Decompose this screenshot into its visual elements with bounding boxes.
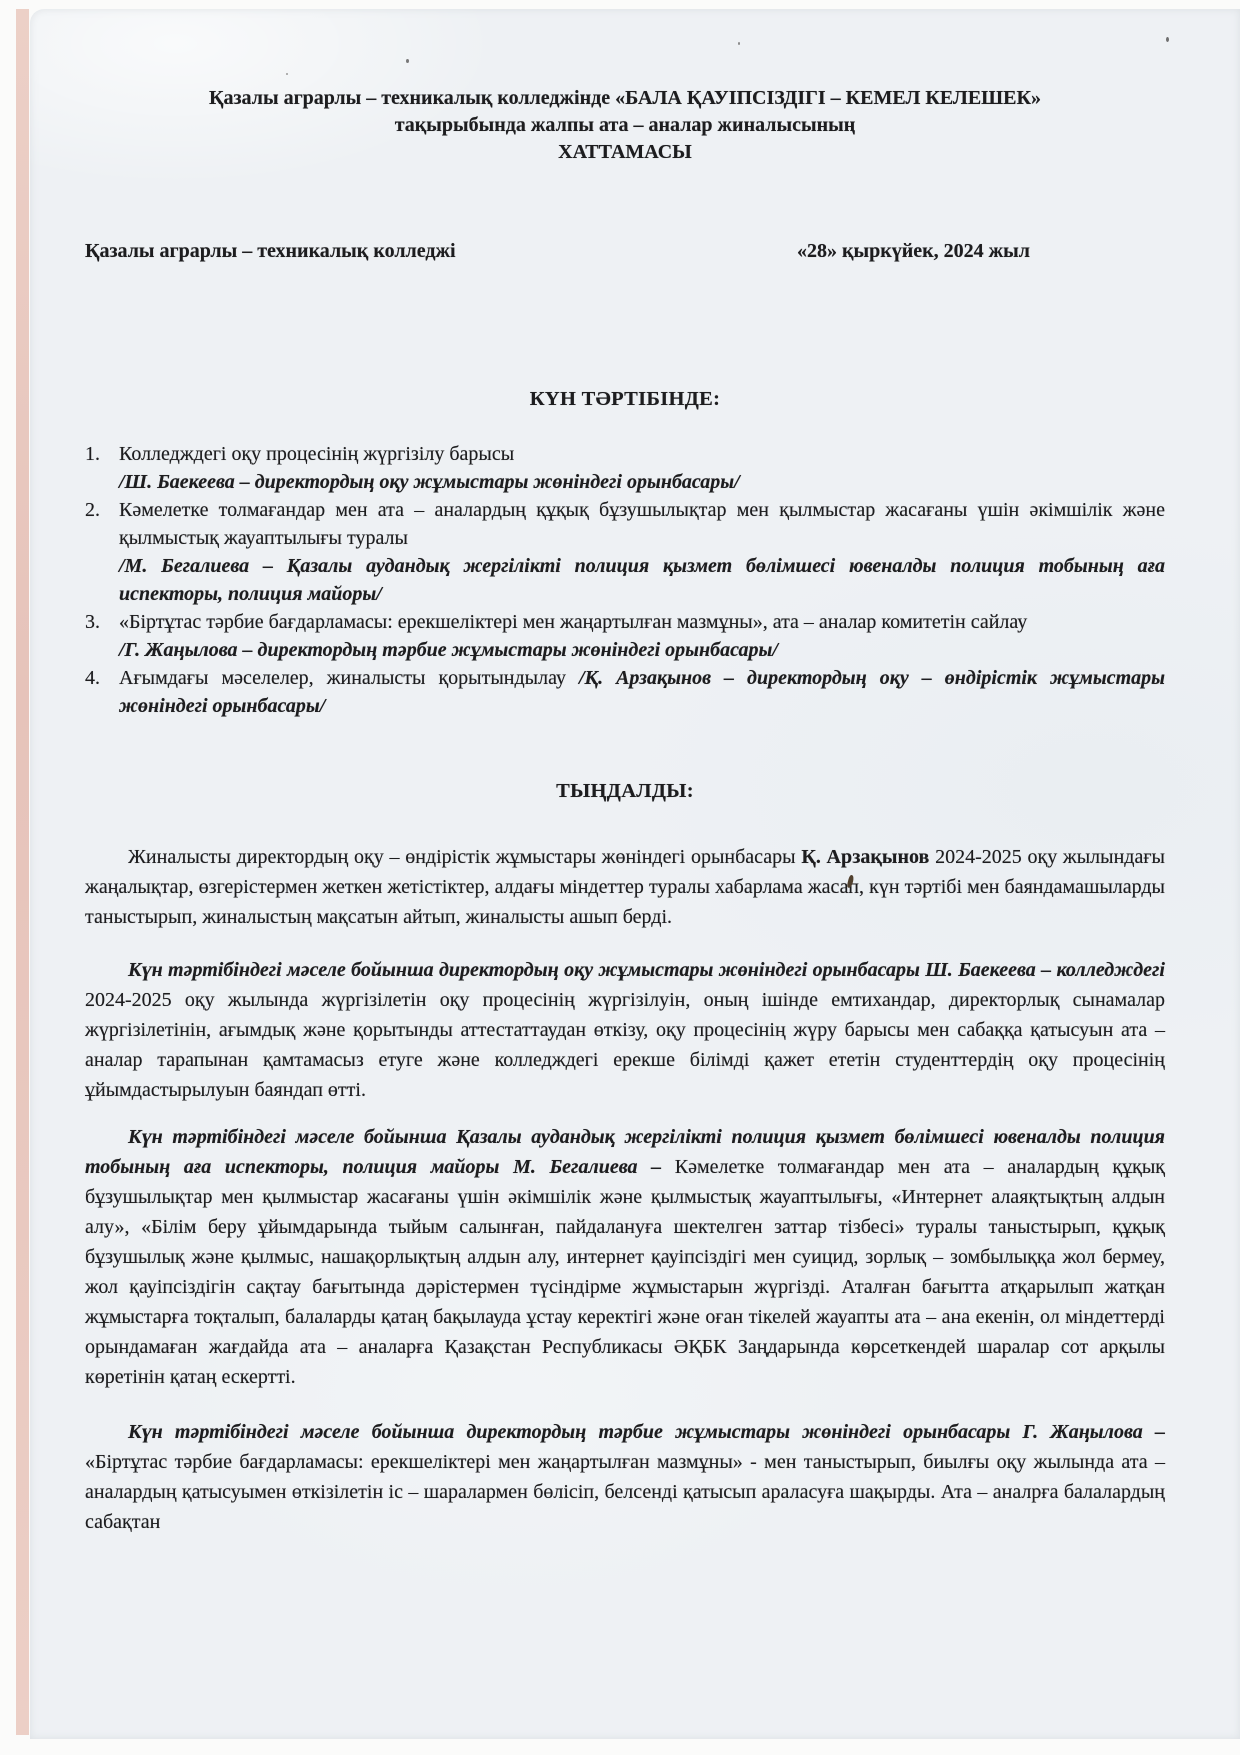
paragraph-upbringing-body: «Біртұтас тәрбие бағдарламасы: ерекшелік…: [85, 1451, 1165, 1533]
agenda-item-1: 1. Колледждегі оқу процесінің жүргізілу …: [85, 440, 1165, 496]
agenda-item-2-body: Кәмелетке толмағандар мен ата – аналарды…: [119, 496, 1165, 608]
document-page: Қазалы аграрлы – техникалық колледжінде …: [30, 9, 1240, 1739]
scan-speck: [406, 59, 409, 63]
document-date: «28» қыркүйек, 2024 жыл: [797, 237, 1030, 265]
document-content: Қазалы аграрлы – техникалық колледжінде …: [30, 85, 1240, 1537]
paragraph-police-body: Кәмелетке толмағандар мен ата – аналарды…: [85, 1156, 1165, 1388]
agenda-item-2: 2. Кәмелетке толмағандар мен ата – анала…: [85, 496, 1165, 608]
title-line-1: Қазалы аграрлы – техникалық колледжінде …: [85, 85, 1165, 112]
agenda-item-4-text: Ағымдағы мәселелер, жиналысты қорытындыл…: [119, 667, 566, 689]
college-name: Қазалы аграрлы – техникалық колледжі: [85, 237, 456, 265]
agenda-list: 1. Колледждегі оқу процесінің жүргізілу …: [85, 440, 1165, 720]
agenda-item-3-text: «Біртұтас тәрбие бағдарламасы: ерекшелік…: [119, 611, 1027, 633]
scan-speck: [1166, 37, 1169, 42]
agenda-item-1-body: Колледждегі оқу процесінің жүргізілу бар…: [119, 440, 1165, 496]
heard-heading: ТЫҢДАЛДЫ:: [85, 777, 1165, 805]
agenda-item-3-speaker: /Г. Жаңылова – директордың тәрбие жұмыст…: [119, 636, 1165, 664]
agenda-item-2-text: Кәмелетке толмағандар мен ата – аналарды…: [119, 499, 1165, 549]
agenda-item-2-speaker: /М. Бегалиева – Қазалы аудандық жергілік…: [119, 552, 1165, 608]
title-line-3: ХАТТАМАСЫ: [85, 139, 1165, 166]
paragraph-police: Күн тәртібіндегі мәселе бойынша Қазалы а…: [85, 1122, 1165, 1392]
agenda-item-1-speaker: /Ш. Баекеева – директордың оқу жұмыстары…: [119, 468, 1165, 496]
paragraph-opening: Жиналысты директордың оқу – өндірістік ж…: [85, 842, 1165, 932]
speaker-name-arzakynov: Қ. Арзақынов: [801, 846, 929, 868]
paragraph-upbringing: Күн тәртібіндегі мәселе бойынша директор…: [85, 1417, 1165, 1537]
scan-speck: [738, 42, 740, 45]
agenda-item-1-text: Колледждегі оқу процесінің жүргізілу бар…: [119, 443, 514, 465]
agenda-item-3-number: 3.: [85, 608, 119, 664]
paragraph-study-process: Күн тәртібіндегі мәселе бойынша директор…: [85, 955, 1165, 1105]
agenda-heading: КҮН ТӘРТІБІНДЕ:: [85, 385, 1165, 413]
paragraph-upbringing-lead: Күн тәртібіндегі мәселе бойынша директор…: [128, 1421, 1165, 1443]
document-title: Қазалы аграрлы – техникалық колледжінде …: [85, 85, 1165, 166]
agenda-item-3: 3. «Біртұтас тәрбие бағдарламасы: ерекше…: [85, 608, 1165, 664]
title-line-2: тақырыбында жалпы ата – аналар жиналысын…: [85, 112, 1165, 139]
paragraph-study-body: 2024-2025 оқу жылында жүргізілетін оқу п…: [85, 989, 1165, 1101]
agenda-item-1-number: 1.: [85, 440, 119, 496]
agenda-item-4-number: 4.: [85, 664, 119, 720]
agenda-item-3-body: «Біртұтас тәрбие бағдарламасы: ерекшелік…: [119, 608, 1165, 664]
agenda-item-4: 4. Ағымдағы мәселелер, жиналысты қорытын…: [85, 664, 1165, 720]
scan-edge-strip: [16, 9, 29, 1735]
agenda-item-4-body: Ағымдағы мәселелер, жиналысты қорытындыл…: [119, 664, 1165, 720]
agenda-item-2-number: 2.: [85, 496, 119, 608]
paragraph-opening-run-1: Жиналысты директордың оқу – өндірістік ж…: [128, 846, 801, 868]
subheader-row: Қазалы аграрлы – техникалық колледжі «28…: [85, 237, 1165, 265]
paragraph-study-lead: Күн тәртібіндегі мәселе бойынша директор…: [128, 959, 1165, 981]
scan-speck: [286, 73, 288, 75]
